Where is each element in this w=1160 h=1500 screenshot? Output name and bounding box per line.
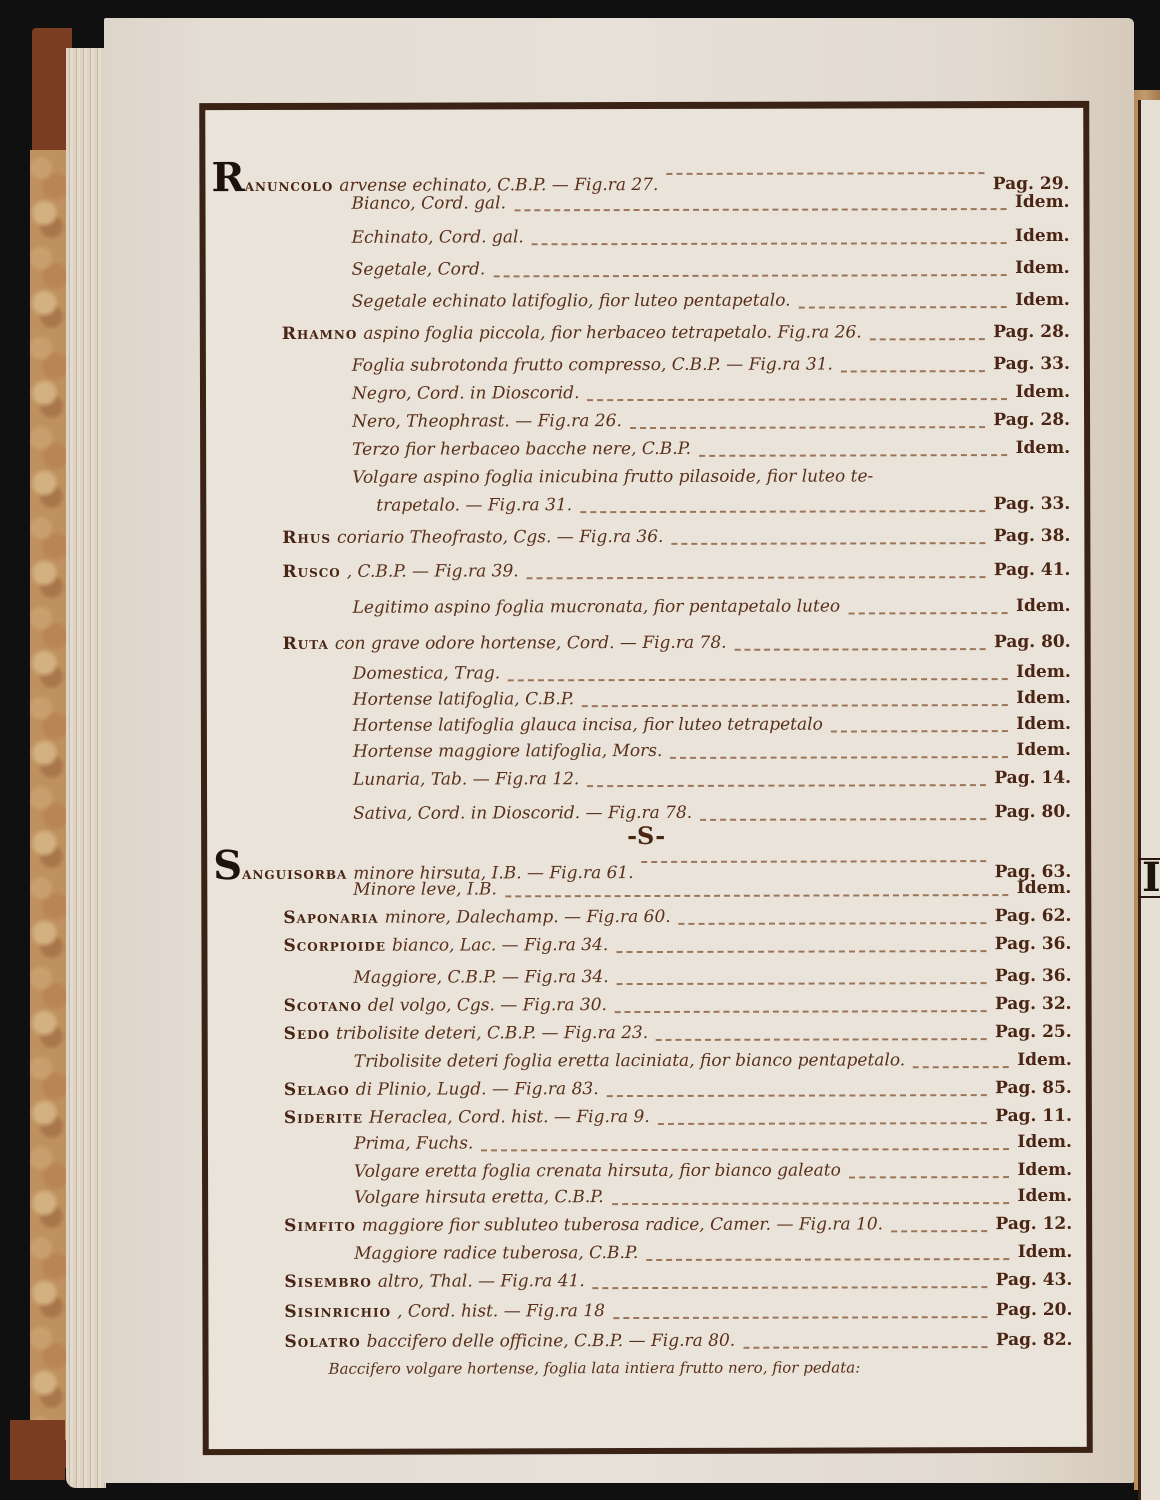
page-reference: Pag. 12.: [995, 1214, 1072, 1234]
entry-headword: Selago: [284, 1080, 350, 1100]
entry-text: maggiore fior sublutео tuberosa radice, …: [362, 1214, 883, 1235]
entry-text: Legitimo aspino foglia mucronata, fior p…: [353, 596, 841, 617]
index-entry: Scorpioide bianco, Lac. — Fig.ra 34. Pag…: [283, 934, 1085, 970]
index-entry: Rusco , C.B.P. — Fig.ra 39. Pag. 41.: [282, 560, 1084, 596]
entry-text: Domestica, Trag.: [353, 663, 500, 683]
dotted-leader: [735, 648, 986, 651]
dotted-leader: [646, 1258, 1009, 1261]
dotted-leader: [743, 1346, 988, 1349]
entry-headword: Sisinrichio: [284, 1302, 391, 1322]
entry-text: tribolisite deteri, C.B.P. — Fig.ra 23.: [336, 1023, 648, 1044]
page-reference: Pag. 36.: [995, 966, 1072, 986]
entry-text: Minore leve, I.B.: [353, 879, 497, 899]
page-reference: Pag. 62.: [995, 906, 1072, 926]
index-entry: Legitimo aspino foglia mucronata, fior p…: [353, 596, 1085, 632]
dotted-leader: [587, 398, 1007, 401]
dotted-leader: [481, 1148, 1009, 1151]
dotted-leader: [582, 704, 1008, 707]
marbled-cover-board: [30, 150, 66, 1440]
entry-text: Hortense latifoglia glauca incisa, fior …: [353, 715, 823, 736]
page-reference: Pag. 28.: [993, 322, 1070, 342]
entry-text: Tribolisite deteri foglia eretta lacinia…: [354, 1050, 906, 1071]
index-entry: Rhamno aspino foglia piccola, fior herba…: [282, 322, 1084, 358]
index-entry: Segetale, Cord. Idem.: [352, 258, 1084, 294]
page-reference: Idem.: [1017, 878, 1072, 898]
dotted-leader: [848, 612, 1008, 614]
page-reference: Pag. 14.: [994, 768, 1071, 788]
entry-headword: Rhus: [282, 528, 331, 548]
page-reference: Pag. 33.: [993, 354, 1070, 374]
entry-text: Nero, Theophrast. — Fig.ra 26.: [352, 411, 622, 432]
dotted-leader: [493, 274, 1007, 277]
drop-cap-letter: S: [213, 846, 242, 886]
entry-text: Lunaria, Tab. — Fig.ra 12.: [353, 769, 579, 790]
dotted-leader: [532, 242, 1007, 245]
entry-text: coriario Theofrasto, Cgs. — Fig.ra 36.: [337, 527, 663, 548]
dotted-leader: [799, 306, 1008, 309]
dotted-leader: [593, 1286, 988, 1289]
entry-text: trapetalo. — Fig.ra 31.: [376, 495, 572, 516]
page-reference: Idem.: [1015, 226, 1070, 246]
dotted-leader: [658, 1122, 988, 1125]
dotted-leader: [831, 730, 1008, 732]
page-reference: Pag. 41.: [994, 560, 1071, 580]
entry-headword: Sedo: [284, 1024, 330, 1044]
entry-text: altro, Thal. — Fig.ra 41.: [378, 1271, 585, 1292]
entry-headword: Rusco: [282, 562, 340, 582]
entry-headword: anuncolo: [245, 176, 334, 196]
page-reference: Pag. 20.: [996, 1300, 1073, 1320]
dotted-leader: [891, 1230, 987, 1232]
page-reference: Idem.: [1017, 1132, 1072, 1152]
page-reference: Pag. 36.: [995, 934, 1072, 954]
page-reference: Idem.: [1015, 290, 1070, 310]
page-reference: Pag. 28.: [993, 410, 1070, 430]
dotted-leader: [841, 370, 985, 372]
dotted-leader: [587, 784, 986, 787]
entry-text: bianco, Lac. — Fig.ra 34.: [392, 935, 608, 956]
entry-text: di Plinio, Lugd. — Fig.ra 83.: [356, 1079, 599, 1100]
entry-text: con grave odore hortense, Cord. — Fig.ra…: [335, 633, 727, 654]
index-entry: Rhus coriario Theofrasto, Cgs. — Fig.ra …: [282, 526, 1084, 562]
page-reference: Pag. 11.: [995, 1106, 1072, 1126]
entry-headword: Solatro: [284, 1332, 360, 1352]
entry-text: Prima, Fuchs.: [354, 1133, 473, 1153]
page-edges-stack: [66, 48, 106, 1488]
page-reference: Idem.: [1016, 438, 1071, 458]
index-entry: Echinato, Cord. gal. Idem.: [352, 226, 1084, 262]
page-reference: Idem.: [1017, 1160, 1072, 1180]
entry-text: del volgo, Cgs. — Fig.ra 30.: [368, 995, 607, 1016]
dotted-leader: [607, 1094, 988, 1097]
entry-text: Foglia subrotonda frutto compresso, C.B.…: [352, 355, 833, 376]
entry-text: Negro, Cord. in Dioscorid.: [352, 383, 580, 404]
dotted-leader: [613, 1316, 988, 1319]
entry-text: Volgare hirsuta eretta, C.B.P.: [354, 1187, 604, 1208]
index-entry: S anguisorba minore hirsuta, I.B. — Fig.…: [213, 844, 1085, 880]
entry-headword: Rhamno: [282, 324, 358, 344]
entry-text: Echinato, Cord. gal.: [352, 227, 524, 247]
entry-text: aspino foglia piccola, fior herbaceo tet…: [363, 322, 861, 343]
entry-headword: Simfito: [284, 1216, 356, 1236]
page-reference: Pag. 85.: [995, 1078, 1072, 1098]
entry-text: Terzo fior herbaceo bacche nere, C.B.P.: [352, 439, 691, 460]
index-entry: Baccifero volgare hortense, foglia lata …: [329, 1358, 1087, 1394]
facing-page-letter: I: [1138, 858, 1160, 898]
page-reference: Idem.: [1016, 714, 1071, 734]
entry-headword: Scorpioide: [283, 936, 386, 956]
page-reference: Idem.: [1016, 662, 1071, 682]
dotted-leader: [612, 1202, 1010, 1205]
dotted-leader: [656, 1038, 987, 1041]
dotted-leader: [580, 510, 986, 513]
entry-headword: Siderite: [284, 1108, 363, 1128]
entry-text: Hortense latifoglia, C.B.P.: [353, 689, 574, 710]
entry-text: Hortense maggiore latifoglia, Mors.: [353, 741, 663, 762]
book-cover-corner: [10, 1420, 65, 1480]
page-reference: Idem.: [1015, 192, 1070, 212]
page-reference: Pag. 33.: [994, 494, 1071, 514]
entry-headword: Sisembro: [284, 1272, 372, 1292]
page-reference: Pag. 32.: [995, 994, 1072, 1014]
index-entry: trapetalo. — Fig.ra 31. Pag. 33.: [376, 494, 1084, 530]
entry-headword: Ruta: [283, 634, 329, 654]
drop-cap-letter: R: [211, 158, 244, 198]
page-reference: Idem.: [1016, 740, 1071, 760]
dotted-leader: [615, 1010, 987, 1013]
entry-headword: anguisorba: [242, 864, 347, 884]
dotted-leader: [630, 426, 986, 429]
dotted-leader: [642, 860, 987, 863]
entry-text: Maggiore, C.B.P. — Fig.ra 34.: [353, 967, 608, 988]
page-reference: Pag. 80.: [994, 632, 1071, 652]
entry-text: baccifero delle officine, C.B.P. — Fig.r…: [367, 1331, 736, 1352]
dotted-leader: [616, 950, 986, 953]
dotted-leader: [671, 542, 985, 545]
entry-text: minore, Dalechamp. — Fig.ra 60.: [385, 907, 671, 928]
page-reference: Idem.: [1015, 382, 1070, 402]
index-entry: Bianco, Cord. gal. Idem.: [351, 192, 1083, 228]
entry-text: Maggiore radice tuberosa, C.B.P.: [354, 1243, 638, 1264]
entry-text: Volgare eretta foglia crenata hirsuta, f…: [354, 1160, 841, 1181]
entry-text: Volgare aspino foglia inicubina frutto p…: [352, 466, 873, 487]
page-reference: Pag. 38.: [994, 526, 1071, 546]
dotted-leader: [699, 454, 1008, 457]
page-reference: Pag. 43.: [996, 1270, 1073, 1290]
index-entry: Segetale echinato latifoglio, fior luteo…: [352, 290, 1084, 326]
page-reference: Idem.: [1018, 1186, 1073, 1206]
index-entry: R anuncolo arvense echinato, C.B.P. — Fi…: [211, 156, 1083, 192]
entry-text: Segetale, Cord.: [352, 259, 486, 279]
page-reference: Idem.: [1018, 1242, 1073, 1262]
dotted-leader: [514, 208, 1007, 211]
page-reference: Pag. 25.: [995, 1022, 1072, 1042]
entry-text: Baccifero volgare hortense, foglia lata …: [329, 1358, 861, 1377]
dotted-leader: [679, 922, 987, 925]
dotted-leader: [670, 756, 1008, 759]
entry-text: , Cord. hist. — Fig.ra 18: [397, 1301, 605, 1322]
page-reference: Idem.: [1017, 1050, 1072, 1070]
page-reference: Idem.: [1015, 258, 1070, 278]
page-reference: Idem.: [1016, 596, 1071, 616]
entry-text: Heraclea, Cord. hist. — Fig.ra 9.: [369, 1107, 650, 1128]
entry-text: Bianco, Cord. gal.: [351, 193, 506, 213]
dotted-leader: [849, 1176, 1010, 1178]
entry-headword: Saponaria: [283, 908, 378, 928]
page-reference: Idem.: [1016, 688, 1071, 708]
dotted-leader: [870, 338, 986, 340]
dotted-leader: [508, 678, 1008, 681]
index-entry: Lunaria, Tab. — Fig.ra 12. Pag. 14.: [353, 768, 1085, 804]
ruled-text-frame: R anuncolo arvense echinato, C.B.P. — Fi…: [199, 101, 1093, 1455]
dotted-leader: [666, 172, 984, 175]
dotted-leader: [505, 894, 1009, 897]
dotted-leader: [913, 1066, 1009, 1068]
facing-page-edge: [1138, 100, 1160, 1500]
page-reference: Pag. 82.: [996, 1330, 1073, 1350]
entry-text: , C.B.P. — Fig.ra 39.: [347, 561, 519, 581]
dotted-leader: [527, 576, 986, 579]
entry-headword: Scotano: [284, 996, 362, 1016]
entry-text: Segetale echinato latifoglio, fior luteo…: [352, 291, 791, 312]
dotted-leader: [617, 982, 987, 985]
